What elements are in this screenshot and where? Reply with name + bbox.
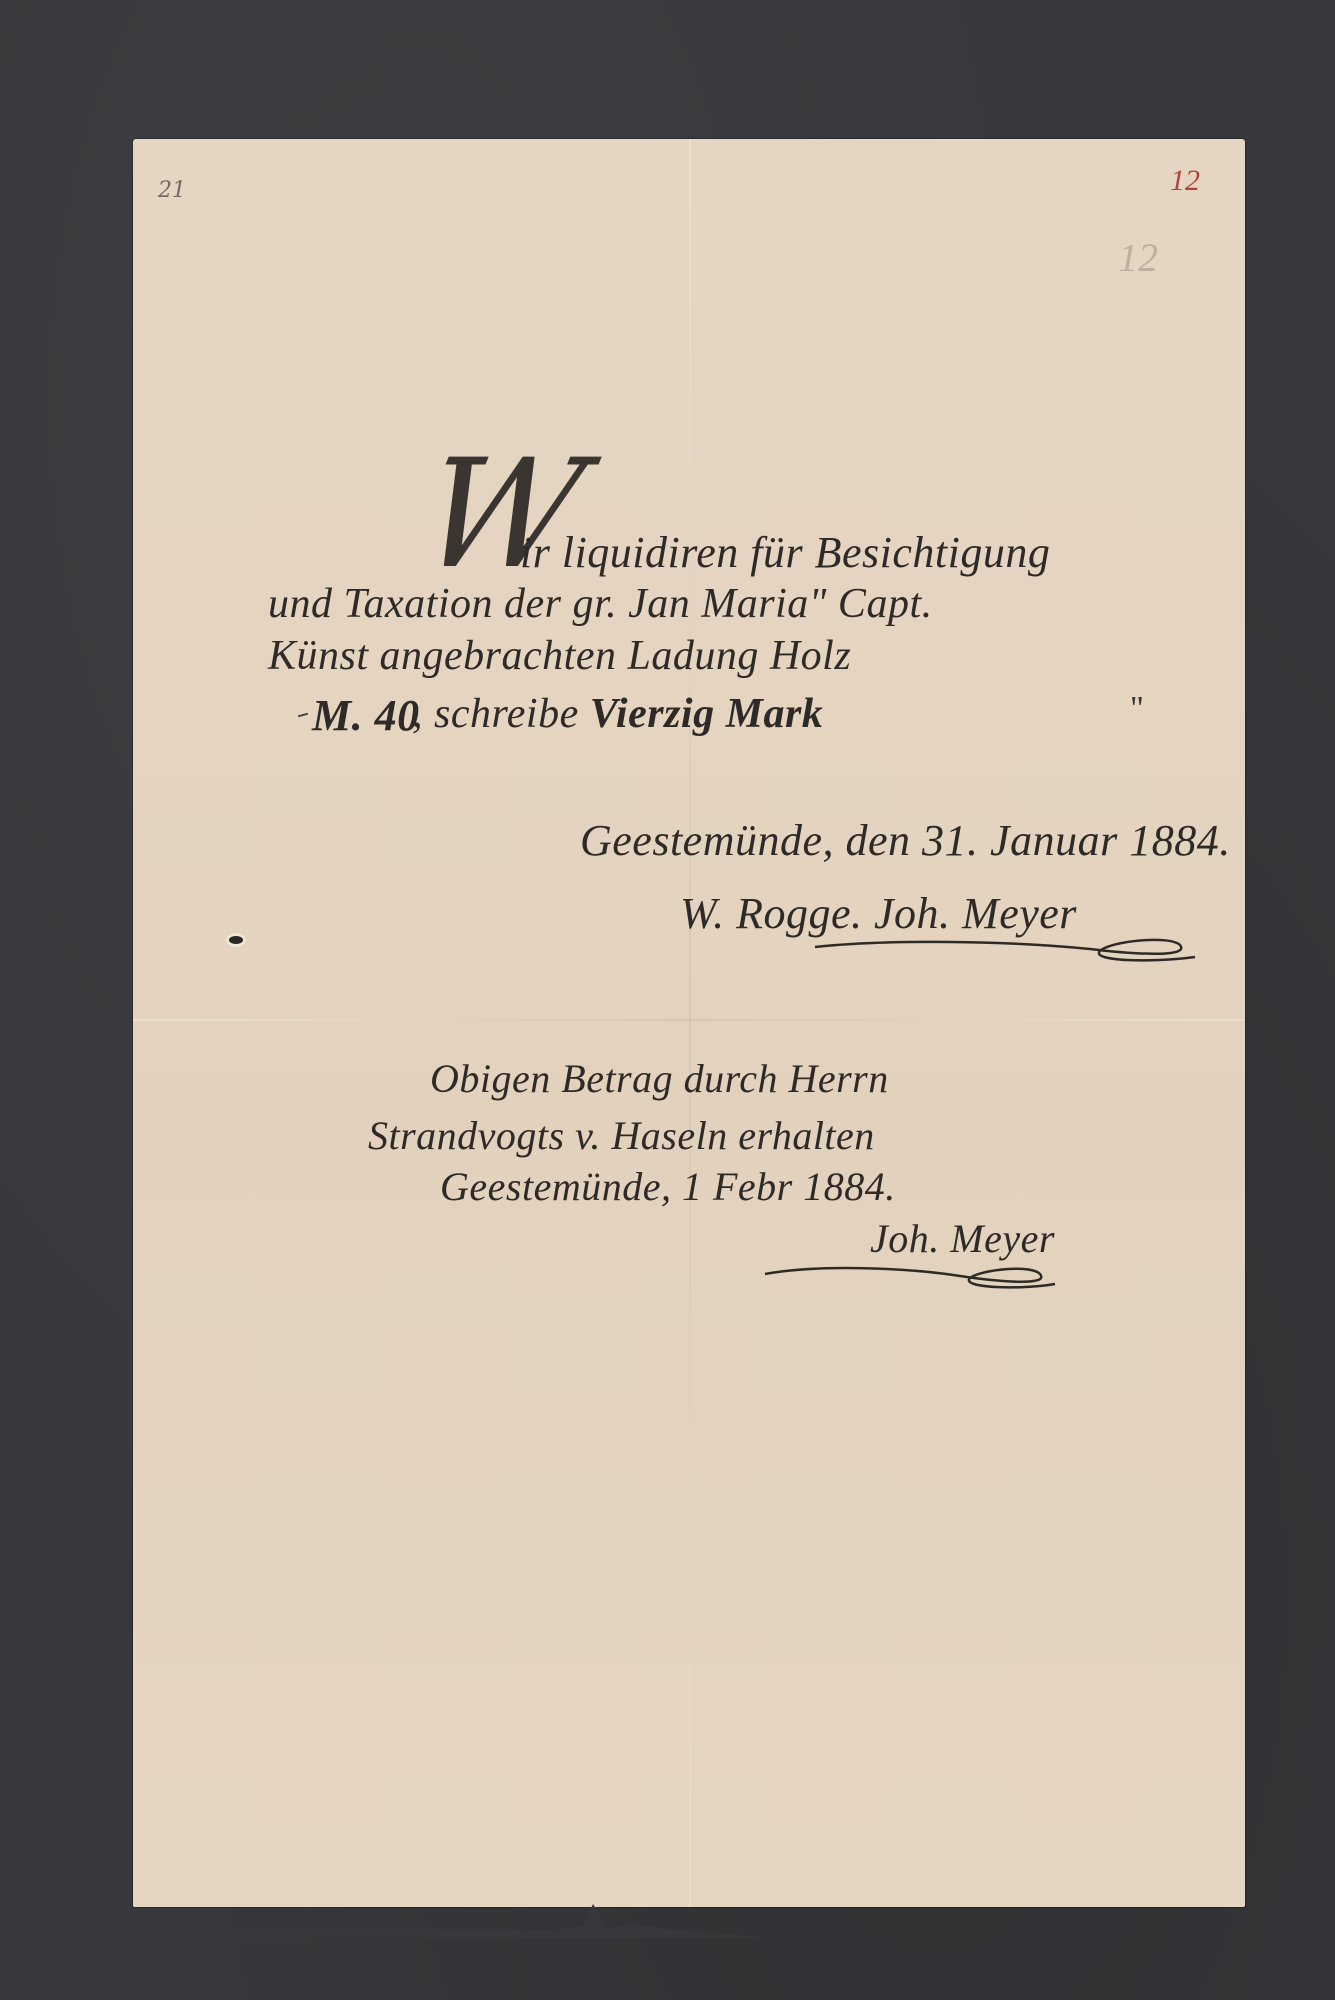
folio-number-left: 21	[158, 178, 186, 203]
body-line-2: und Taxation der gr. Jan Maria" Capt.	[268, 580, 933, 628]
body-line-3: Künst angebrachten Ladung Holz	[268, 632, 851, 680]
folio-number-pencil: 12	[1118, 234, 1158, 281]
punch-hole	[229, 936, 243, 944]
amount-value: M. 40	[312, 691, 420, 740]
signature-flourish	[810, 935, 1200, 965]
endorsement-line-1: Obigen Betrag durch Herrn	[430, 1055, 889, 1102]
signatories-line: W. Rogge. Joh. Meyer	[680, 888, 1077, 939]
signature-flourish-2	[760, 1262, 1060, 1292]
place-date-line: Geestemünde, den 31. Januar 1884.	[580, 815, 1231, 866]
endorsement-signature: Joh. Meyer	[870, 1215, 1055, 1262]
document-page	[133, 139, 1245, 1907]
folio-number-right: 12	[1170, 164, 1200, 198]
endorsement-line-3: Geestemünde, 1 Febr 1884.	[440, 1163, 896, 1210]
closing-quote: "	[1130, 690, 1144, 728]
amount-words-prefix: , schreibe	[412, 691, 590, 737]
amount: M. 40	[312, 690, 420, 741]
amount-in-words: , schreibe Vierzig Mark	[412, 690, 823, 738]
body-line-1: ir liquidiren für Besichtigung	[520, 527, 1050, 578]
amount-words-value: Vierzig Mark	[590, 691, 824, 737]
endorsement-line-2: Strandvogts v. Haseln erhalten	[368, 1112, 875, 1159]
